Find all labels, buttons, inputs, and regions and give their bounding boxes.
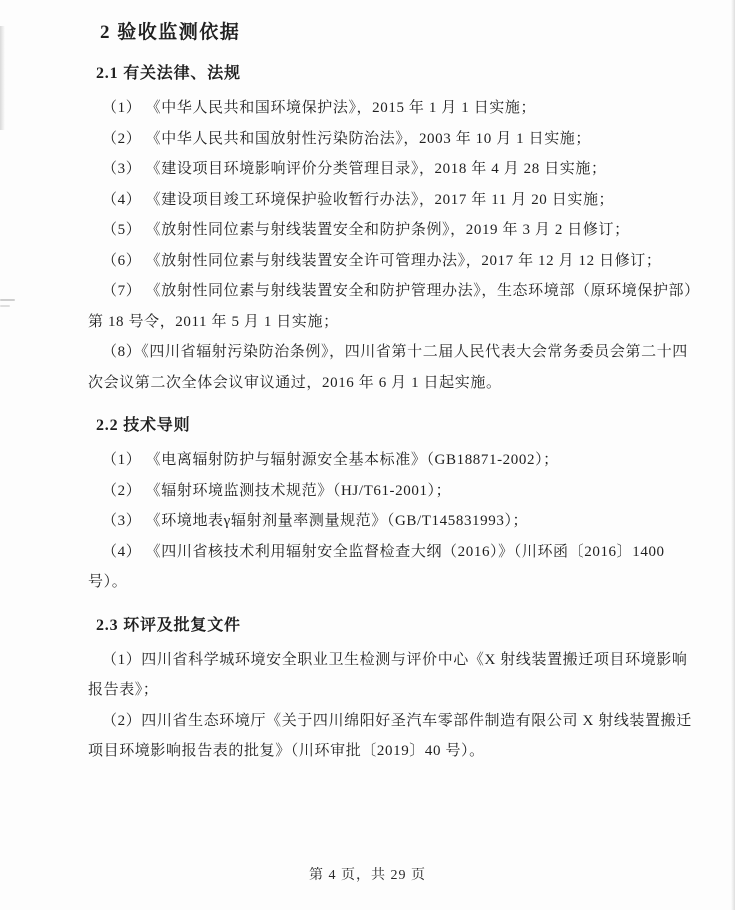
list-item: （1）四川省科学城环境安全职业卫生检测与评价中心《X 射线装置搬迁项目环境影响报… [88,645,695,706]
page-footer: 第 4 页，共 29 页 [0,864,735,884]
list-item: （7） 《放射性同位素与射线装置安全和防护管理办法》，生态环境部（原环境保护部）… [88,276,695,337]
list-item: （2）四川省生态环境厅《关于四川绵阳好圣汽车零部件制造有限公司 X 射线装置搬迁… [88,706,695,767]
document-content: 2 验收监测依据 2.1 有关法律、法规（1） 《中华人民共和国环境保护法》，2… [0,0,735,767]
list-item: （2） 《辐射环境监测技术规范》（HJ/T61-2001）； [88,476,695,507]
section-heading: 2.3 环评及批复文件 [96,615,695,637]
list-item: （4） 《四川省核技术利用辐射安全监督检查大纲（2016）》（川环函〔2016〕… [88,537,695,598]
list-item: （6） 《放射性同位素与射线装置安全许可管理办法》，2017 年 12 月 12… [88,246,695,277]
scan-smudge-artifact [0,305,10,307]
list-item: （3） 《环境地表γ辐射剂量率测量规范》（GB/T145831993）； [88,506,695,537]
section-heading: 2.1 有关法律、法规 [96,63,695,85]
scan-edge-artifact [731,0,735,910]
scan-smudge-artifact [0,299,15,301]
list-item: （8）《四川省辐射污染防治条例》，四川省第十二届人民代表大会常务委员会第二十四次… [88,337,695,398]
page-title: 2 验收监测依据 [100,20,695,46]
sections-container: 2.1 有关法律、法规（1） 《中华人民共和国环境保护法》，2015 年 1 月… [88,63,695,767]
list-item: （2） 《中华人民共和国放射性污染防治法》，2003 年 10 月 1 日实施； [88,124,695,155]
list-item: （3） 《建设项目环境影响评价分类管理目录》，2018 年 4 月 28 日实施… [88,154,695,185]
scan-edge-artifact [0,26,5,130]
list-item: （1） 《中华人民共和国环境保护法》，2015 年 1 月 1 日实施； [88,93,695,124]
document-page: 2 验收监测依据 2.1 有关法律、法规（1） 《中华人民共和国环境保护法》，2… [0,0,735,910]
list-item: （5） 《放射性同位素与射线装置安全和防护条例》，2019 年 3 月 2 日修… [88,215,695,246]
list-item: （4） 《建设项目竣工环境保护验收暂行办法》，2017 年 11 月 20 日实… [88,185,695,216]
list-item: （1） 《电离辐射防护与辐射源安全基本标准》（GB18871-2002）； [88,445,695,476]
section-heading: 2.2 技术导则 [96,415,695,437]
